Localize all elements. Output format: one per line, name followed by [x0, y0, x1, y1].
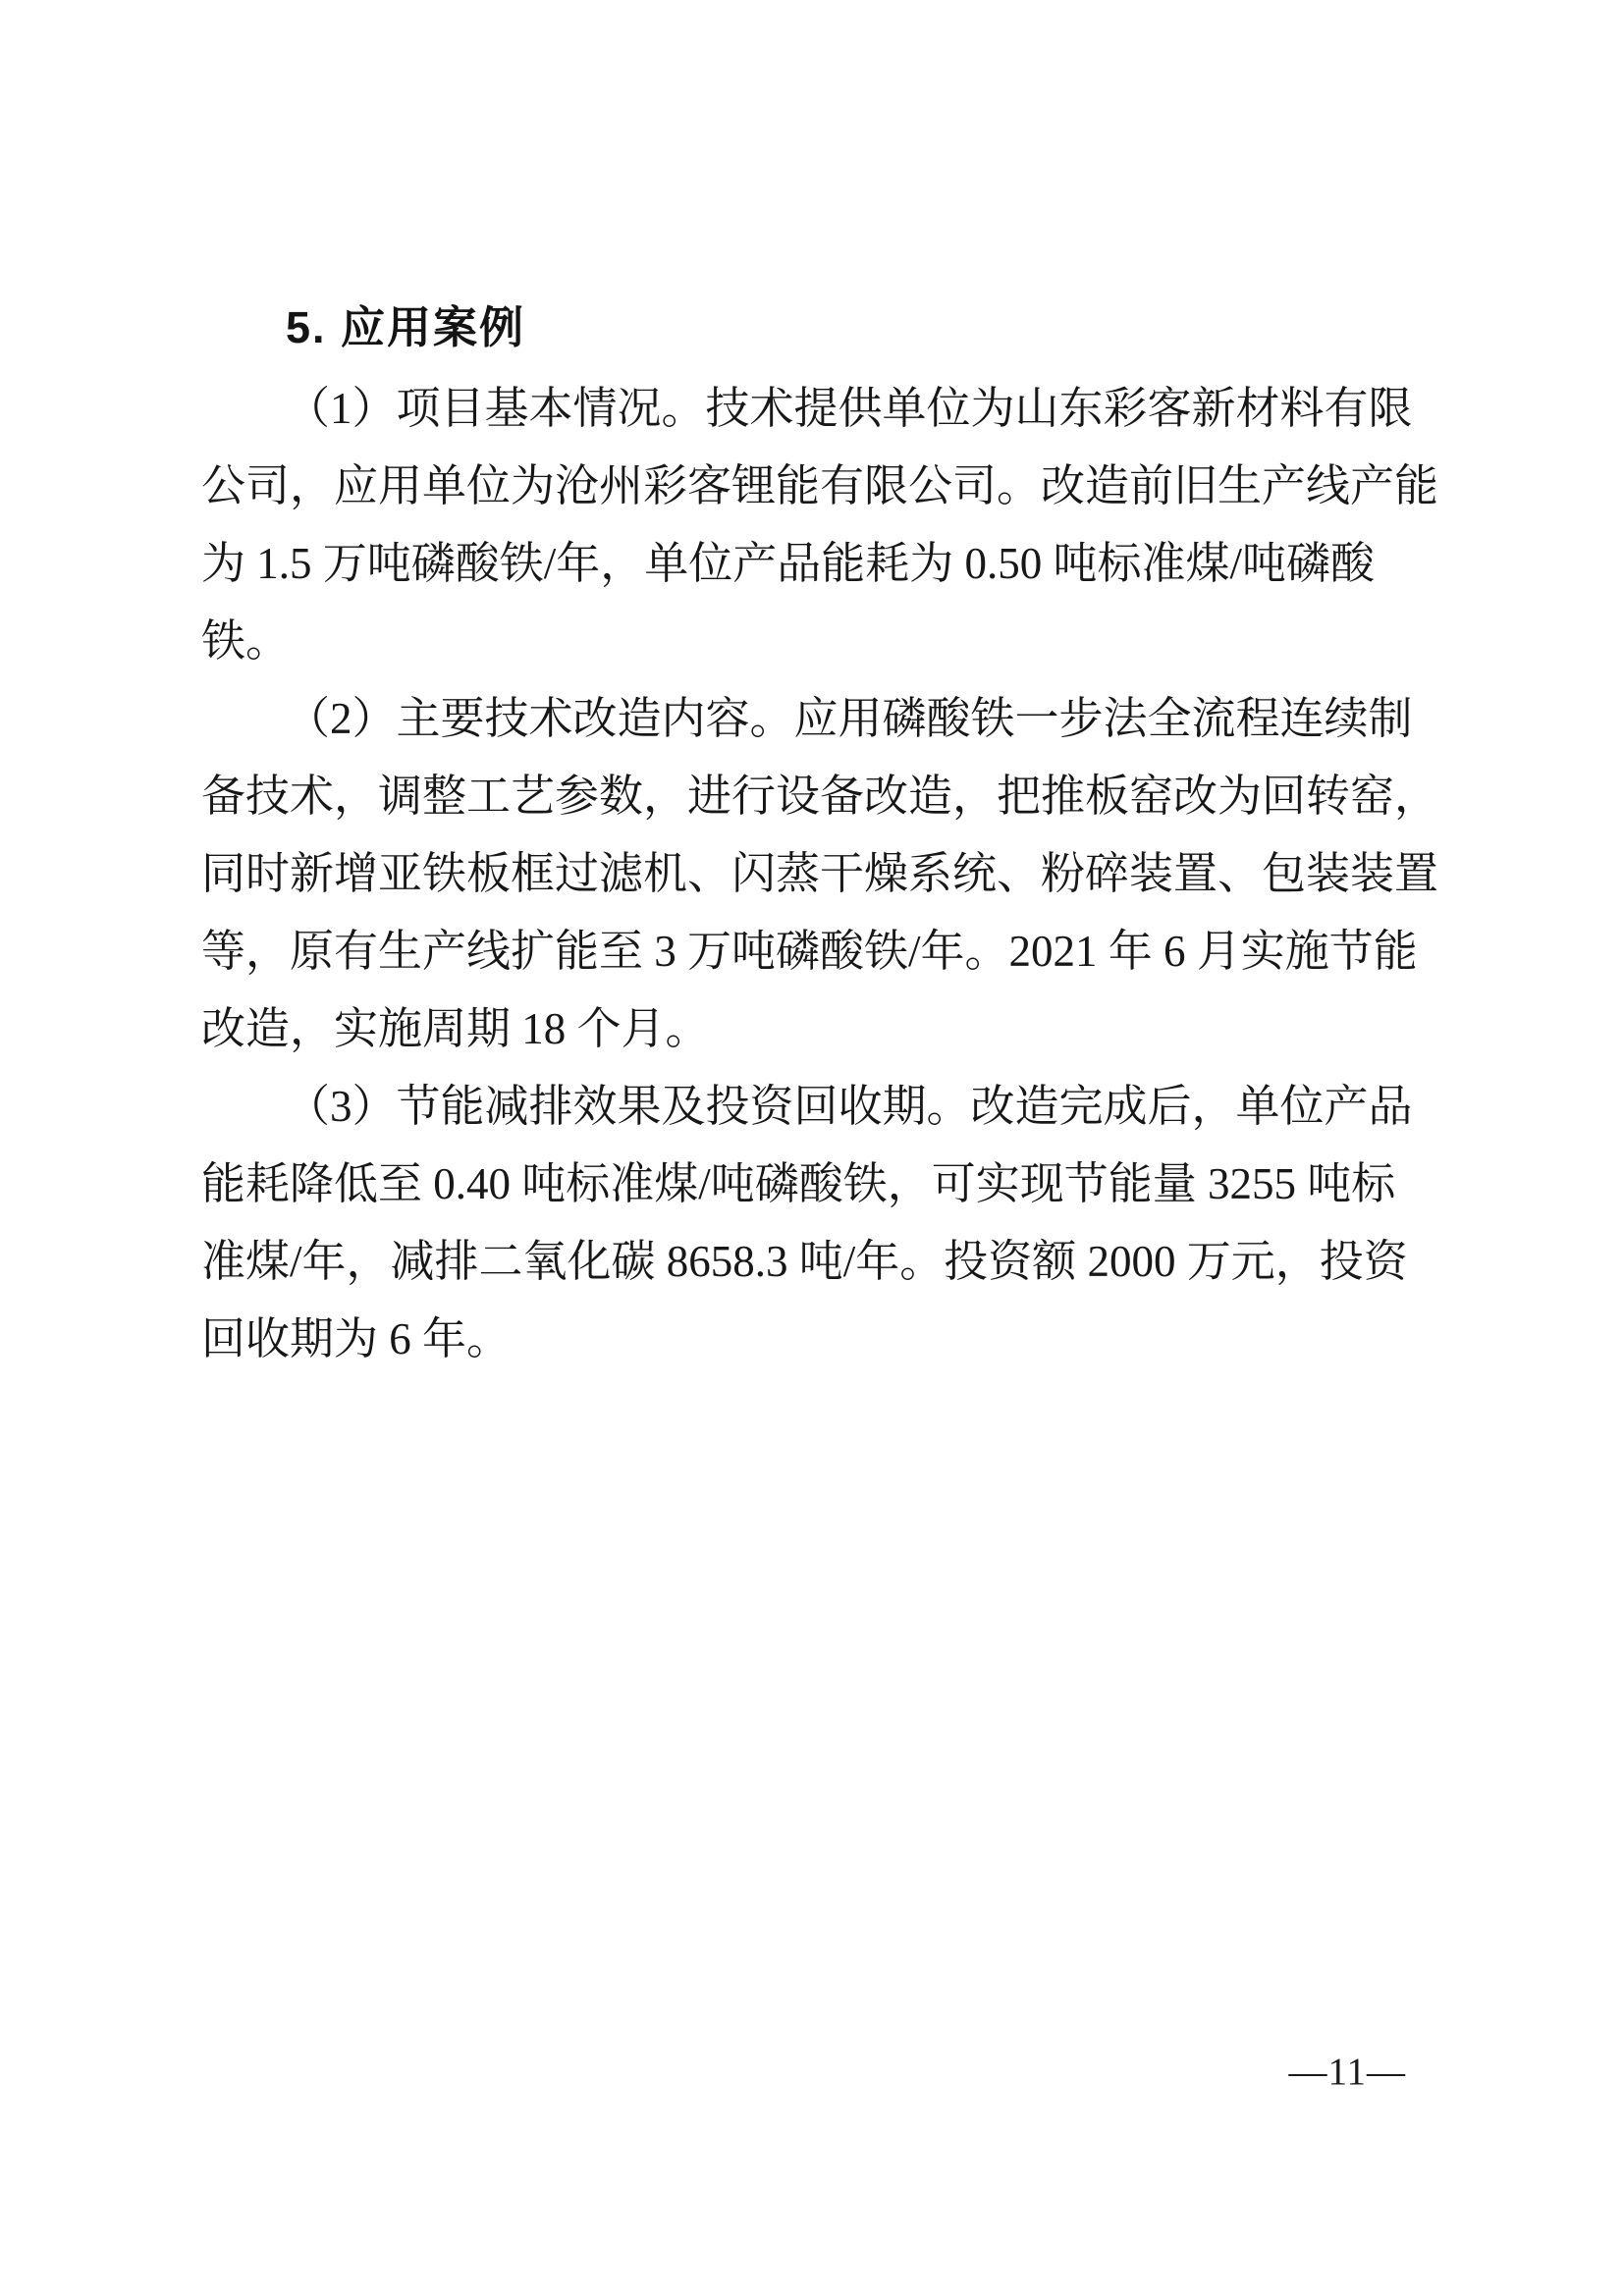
paragraph-3-line-1: （3）节能减排效果及投资回收期。改造完成后，单位产品 [201, 1080, 1407, 1137]
section-heading: 5. 应用案例 [286, 300, 525, 355]
page-number: —11— [1288, 2050, 1406, 2095]
paragraph-3-line-2: 能耗降低至 0.40 吨标准煤/吨磷酸铁，可实现节能量 3255 吨标 [201, 1157, 1407, 1214]
document-page: 5. 应用案例 （1）项目基本情况。技术提供单位为山东彩客新材料有限 公司，应用… [0, 0, 1623, 2296]
paragraph-1-line-3: 为 1.5 万吨磷酸铁/年，单位产品能耗为 0.50 吨标准煤/吨磷酸 [201, 537, 1407, 594]
paragraph-1-line-1: （1）项目基本情况。技术提供单位为山东彩客新材料有限 [201, 382, 1407, 439]
paragraph-3-line-3: 准煤/年，减排二氧化碳 8658.3 吨/年。投资额 2000 万元，投资 [201, 1235, 1407, 1292]
paragraph-2-line-5: 改造，实施周期 18 个月。 [201, 1002, 1407, 1059]
paragraph-3-line-4: 回收期为 6 年。 [201, 1312, 1407, 1369]
paragraph-2-line-3: 同时新增亚铁板框过滤机、闪蒸干燥系统、粉碎装置、包装装置 [201, 847, 1407, 904]
paragraph-2-line-2: 备技术，调整工艺参数，进行设备改造，把推板窑改为回转窑， [201, 770, 1407, 827]
paragraph-2-line-1: （2）主要技术改造内容。应用磷酸铁一步法全流程连续制 [201, 692, 1407, 749]
paragraph-1-line-4: 铁。 [201, 614, 1407, 671]
paragraph-2-line-4: 等，原有生产线扩能至 3 万吨磷酸铁/年。2021 年 6 月实施节能 [201, 925, 1407, 982]
paragraph-1-line-2: 公司，应用单位为沧州彩客锂能有限公司。改造前旧生产线产能 [201, 459, 1407, 516]
